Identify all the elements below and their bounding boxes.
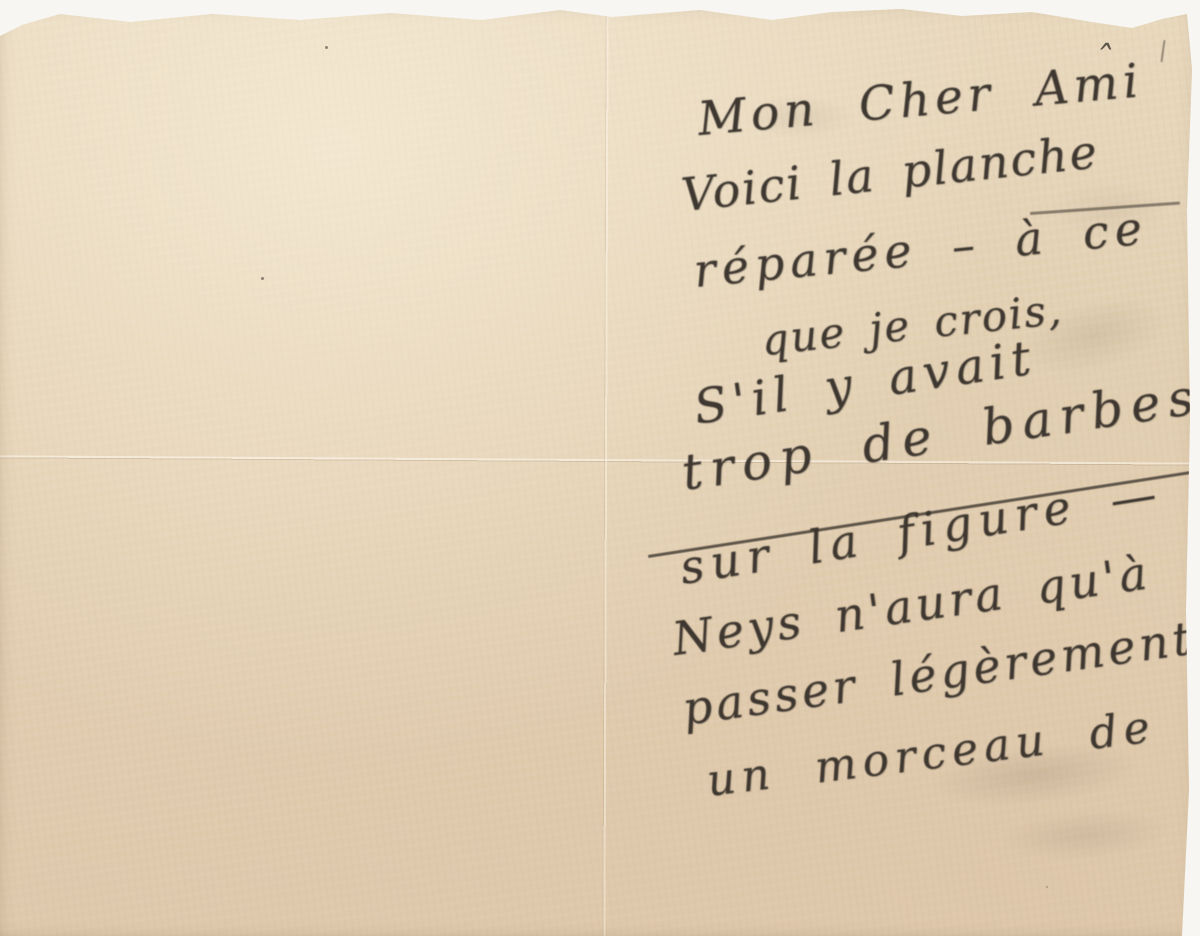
paper-speck (325, 46, 328, 49)
paper-speck (1046, 886, 1048, 888)
stray-pencil-tick (1160, 40, 1165, 62)
scan-background: ˆ Mon Cher Ami Voici la planche réparée … (0, 0, 1200, 936)
ghost-smudge (998, 804, 1171, 866)
letter-line: réparée – à ce (692, 205, 1150, 294)
letter-page: ˆ Mon Cher Ami Voici la planche réparée … (0, 0, 1200, 936)
fold-crease-horizontal (0, 455, 1200, 468)
fold-crease-vertical (602, 0, 611, 936)
paper-speck (261, 277, 264, 280)
